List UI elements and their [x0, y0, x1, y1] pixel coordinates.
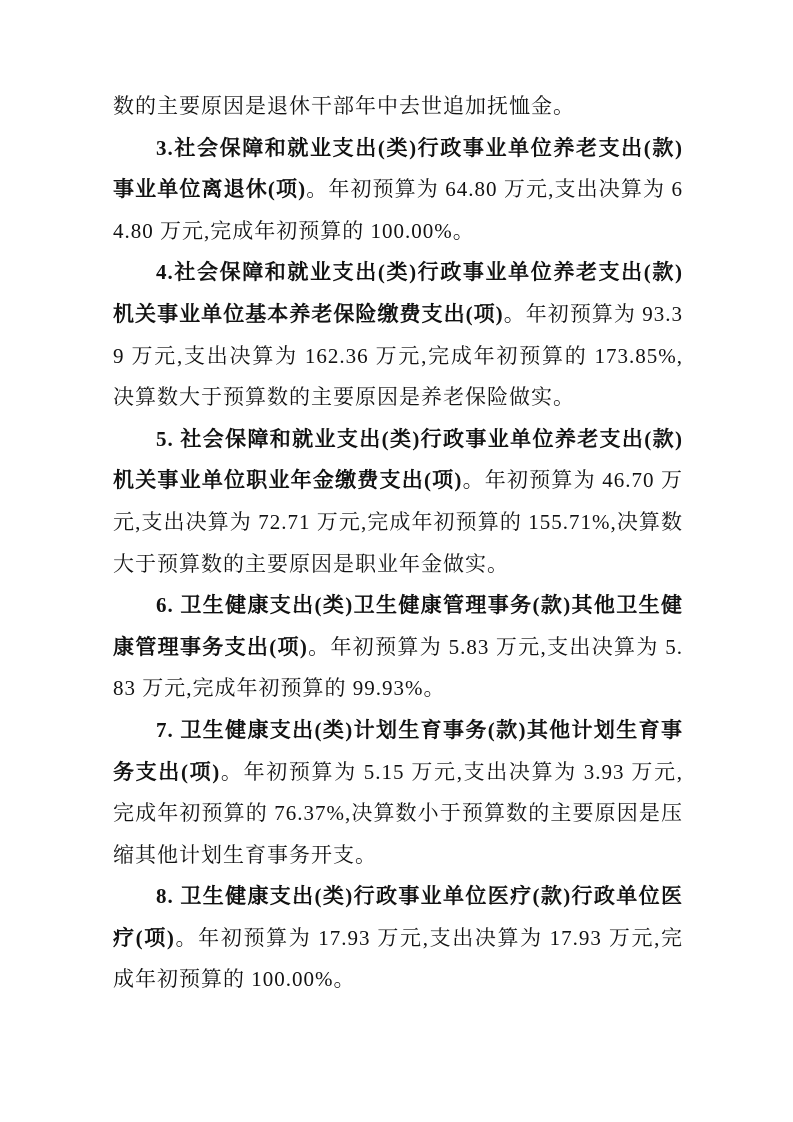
paragraph-continuation: 数的主要原因是退休干部年中去世追加抚恤金。 [113, 86, 683, 128]
budget-item-7: 7. 卫生健康支出(类)计划生育事务(款)其他计划生育事务支出(项)。年初预算为… [113, 710, 683, 876]
budget-item-5: 5. 社会保障和就业支出(类)行政事业单位养老支出(款)机关事业单位职业年金缴费… [113, 419, 683, 585]
paragraph-text: 数的主要原因是退休干部年中去世追加抚恤金。 [113, 94, 575, 118]
budget-item-4: 4.社会保障和就业支出(类)行政事业单位养老支出(款)机关事业单位基本养老保险缴… [113, 252, 683, 418]
budget-item-8-detail: 。年初预算为 17.93 万元,支出决算为 17.93 万元,完成年初预算的 1… [113, 926, 683, 992]
budget-item-6: 6. 卫生健康支出(类)卫生健康管理事务(款)其他卫生健康管理事务支出(项)。年… [113, 585, 683, 710]
budget-item-3: 3.社会保障和就业支出(类)行政事业单位养老支出(款)事业单位离退休(项)。年初… [113, 128, 683, 253]
budget-item-8: 8. 卫生健康支出(类)行政事业单位医疗(款)行政单位医疗(项)。年初预算为 1… [113, 876, 683, 1001]
document-page: 数的主要原因是退休干部年中去世追加抚恤金。 3.社会保障和就业支出(类)行政事业… [0, 0, 793, 1122]
